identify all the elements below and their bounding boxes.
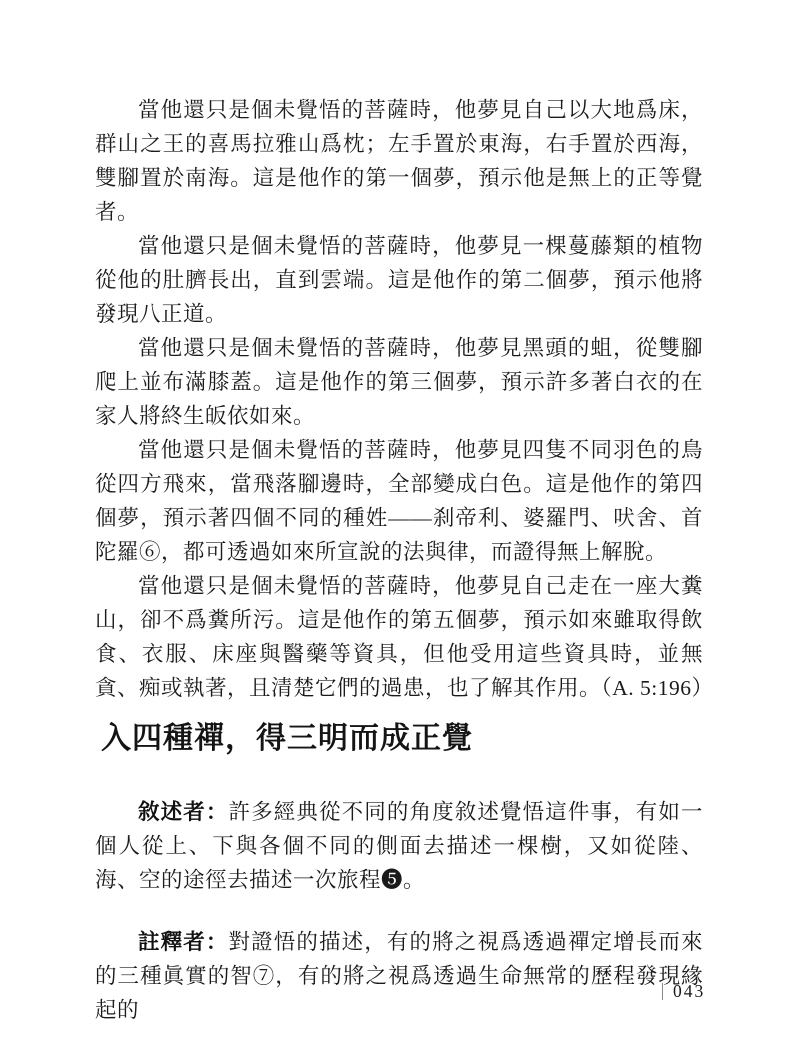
dream-paragraph-4: 當他還只是個未覺悟的菩薩時，他夢見四隻不同羽色的鳥從四方飛來，當飛落腳邊時，全部… bbox=[95, 433, 703, 569]
footer-divider bbox=[662, 983, 663, 1000]
narrator-label: 敘述者： bbox=[138, 800, 229, 824]
dream-paragraph-5: 當他還只是個未覺悟的菩薩時，他夢見自己走在一座大糞山，卻不爲糞所污。這是他作的第… bbox=[95, 569, 703, 705]
text-block: 當他還只是個未覺悟的菩薩時，他夢見自己以大地爲床，群山之王的喜馬拉雅山爲枕；左手… bbox=[95, 93, 703, 1027]
book-page: 當他還只是個未覺悟的菩薩時，他夢見自己以大地爲床，群山之王的喜馬拉雅山爲枕；左手… bbox=[0, 0, 792, 1056]
page-number: 043 bbox=[673, 981, 705, 1002]
commentator-paragraph: 註釋者：對證悟的描述，有的將之視爲透過禪定增長而來的三種眞實的智⑦，有的將之視爲… bbox=[95, 925, 703, 1027]
page-footer: 043 bbox=[662, 981, 705, 1002]
narrator-paragraph: 敘述者：許多經典從不同的角度敘述覺悟這件事，有如一個人從上、下與各個不同的側面去… bbox=[95, 795, 703, 897]
dream-paragraph-1: 當他還只是個未覺悟的菩薩時，他夢見自己以大地爲床，群山之王的喜馬拉雅山爲枕；左手… bbox=[95, 93, 703, 229]
dream-paragraph-3: 當他還只是個未覺悟的菩薩時，他夢見黑頭的蛆，從雙腳爬上並布滿膝蓋。這是他作的第三… bbox=[95, 331, 703, 433]
section-heading: 入四種禪，得三明而成正覺 bbox=[95, 717, 703, 761]
dream-paragraph-2: 當他還只是個未覺悟的菩薩時，他夢見一棵蔓藤類的植物從他的肚臍長出，直到雲端。這是… bbox=[95, 229, 703, 331]
commentator-label: 註釋者： bbox=[138, 930, 229, 954]
